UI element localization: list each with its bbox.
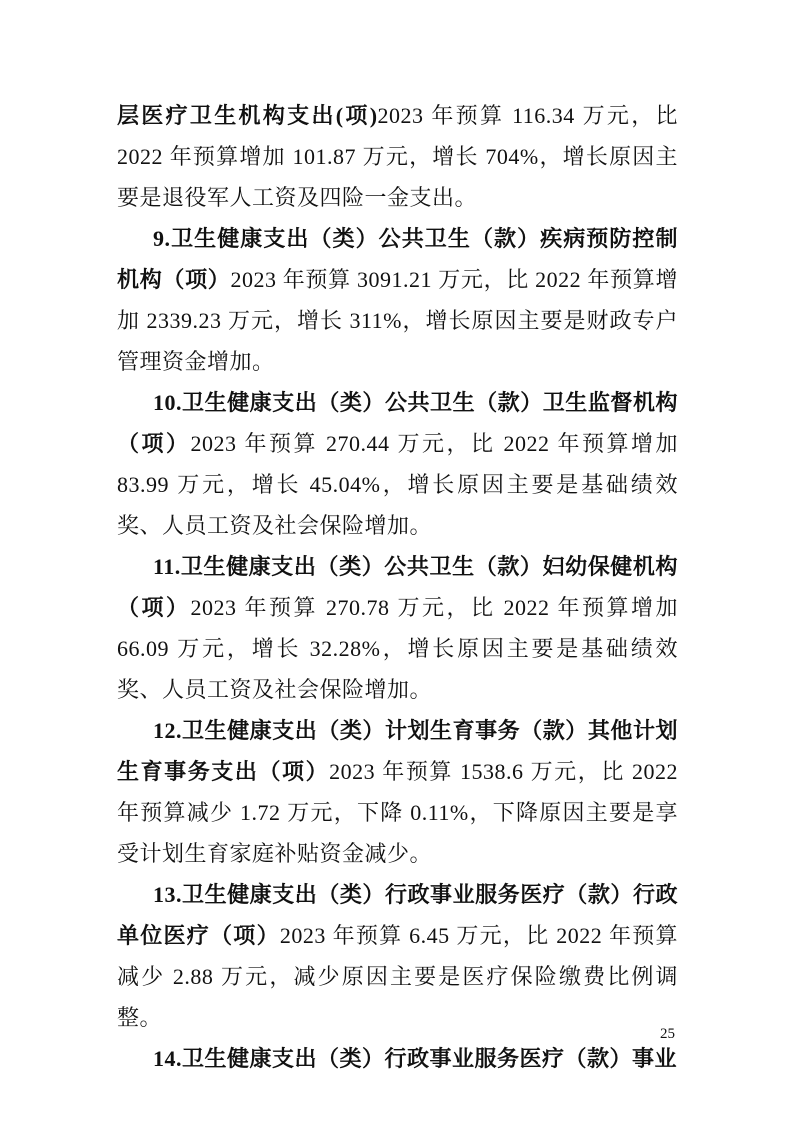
paragraph-lead-bold: 层医疗卫生机构支出(项) xyxy=(117,103,378,128)
document-body: 层医疗卫生机构支出(项)2023 年预算 116.34 万元，比 2022 年预… xyxy=(117,95,678,1079)
para-9: 9.卫生健康支出（类）公共卫生（款）疾病预防控制机构（项）2023 年预算 30… xyxy=(117,218,678,382)
para-13: 13.卫生健康支出（类）行政事业服务医疗（款）行政单位医疗（项）2023 年预算… xyxy=(117,874,678,1038)
document-page: 层医疗卫生机构支出(项)2023 年预算 116.34 万元，比 2022 年预… xyxy=(0,0,793,1122)
para-14: 14.卫生健康支出（类）行政事业服务医疗（款）事业 xyxy=(117,1038,678,1079)
paragraph-lead-bold: 14.卫生健康支出（类）行政事业服务医疗（款）事业 xyxy=(153,1046,677,1071)
para-11: 11.卫生健康支出（类）公共卫生（款）妇幼保健机构（项）2023 年预算 270… xyxy=(117,546,678,710)
paragraph-text: 2023 年预算 270.44 万元，比 2022 年预算增加 83.99 万元… xyxy=(117,431,678,538)
para-10: 10.卫生健康支出（类）公共卫生（款）卫生监督机构（项）2023 年预算 270… xyxy=(117,382,678,546)
para-8-continuation: 层医疗卫生机构支出(项)2023 年预算 116.34 万元，比 2022 年预… xyxy=(117,95,678,218)
page-number: 25 xyxy=(660,1024,675,1044)
paragraph-text: 2023 年预算 270.78 万元，比 2022 年预算增加 66.09 万元… xyxy=(117,595,678,702)
para-12: 12.卫生健康支出（类）计划生育事务（款）其他计划生育事务支出（项）2023 年… xyxy=(117,710,678,874)
